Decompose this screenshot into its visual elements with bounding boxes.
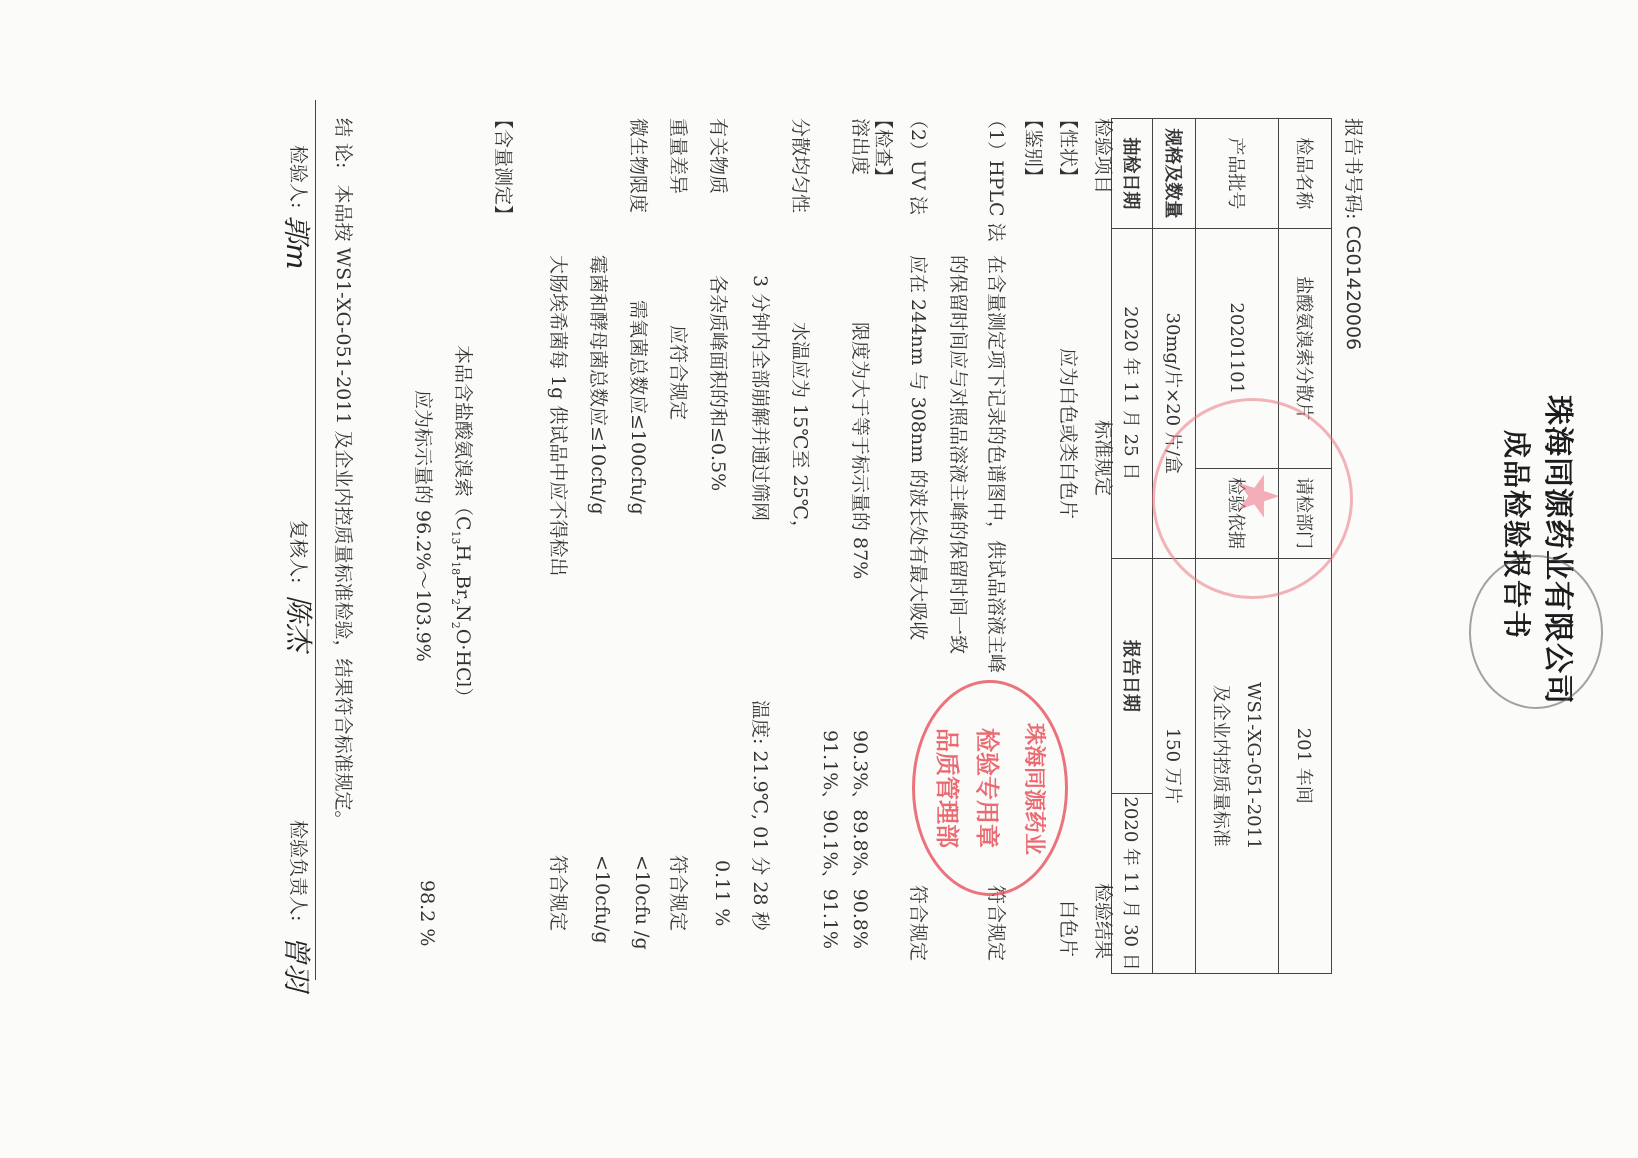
dissolution-item: 溶出度 bbox=[848, 118, 875, 175]
reviewer-signature: 陈杰 bbox=[280, 595, 320, 651]
batch-label: 产品批号 bbox=[1196, 119, 1279, 229]
section-appearance: 【性状】 bbox=[1056, 110, 1083, 186]
quality-dept-seal-line-1: 珠海同源药业 bbox=[1020, 723, 1051, 855]
microbial-item: 微生物限度 bbox=[626, 118, 653, 213]
batch-number: 20201101 bbox=[1196, 228, 1279, 468]
spec-label: 规格及数量 bbox=[1153, 119, 1196, 229]
column-standard: 标准规定 bbox=[1091, 420, 1118, 496]
appearance-result: 白色片 bbox=[1056, 900, 1083, 957]
hplc-standard-1: 在含量测定项下记录的色谱图中，供试品溶液主峰 bbox=[984, 255, 1011, 673]
report-title: 成品检验报告书 bbox=[1498, 430, 1538, 640]
assay-result: 98.2 % bbox=[416, 880, 438, 946]
section-identification: 【鉴别】 bbox=[1021, 110, 1048, 186]
microbial-result-2: <10cfu/g bbox=[591, 855, 613, 944]
appearance-standard: 应为白色或类白色片 bbox=[1056, 348, 1083, 519]
quantity: 150 万片 bbox=[1153, 558, 1196, 973]
column-item: 检验项目 bbox=[1091, 118, 1118, 194]
section-assay: 【含量测定】 bbox=[491, 110, 518, 224]
supervisor-signature: 曾羽 bbox=[278, 935, 318, 991]
section-inspection: 【检查】 bbox=[871, 110, 898, 186]
inspector-label: 检验人: bbox=[286, 145, 313, 208]
report-number-row: 报告书号码: CG01420006 bbox=[1341, 118, 1368, 350]
product-name: 盐酸氨溴索分散片 bbox=[1279, 228, 1332, 468]
dept-label: 请检部门 bbox=[1279, 468, 1332, 558]
supervisor-label: 检验负责人: bbox=[286, 820, 313, 921]
dispersion-standard-2: 3 分钟内全部崩解并通过筛网 bbox=[748, 275, 775, 521]
microbial-standard-3: 大肠埃希菌每 1g 供试品中应不得检出 bbox=[546, 255, 573, 576]
uv-item: （2）UV 法 bbox=[906, 110, 933, 215]
basis: WS1-XG-051-2011 及企业内控质量标准 bbox=[1196, 558, 1279, 973]
column-result: 检验结果 bbox=[1091, 883, 1118, 959]
report-number-label: 报告书号码: bbox=[1342, 118, 1364, 219]
sample-date: 2020 年 11 月 25 日 bbox=[1112, 228, 1153, 558]
report-date-label: 报告日期 bbox=[1112, 558, 1153, 794]
related-substances-item: 有关物质 bbox=[706, 118, 733, 194]
related-substances-standard: 各杂质峰面积的和≤0.5% bbox=[706, 275, 733, 491]
quality-dept-seal-line-2: 检验专用章 bbox=[972, 728, 1007, 848]
dissolution-standard: 限度为大于等于标示量的 87% bbox=[848, 322, 875, 579]
inspector-signature: 郭m bbox=[278, 215, 318, 270]
basis-label: 检验依据 bbox=[1196, 468, 1279, 558]
microbial-standard-2: 霉菌和酵母菌总数应≤10cfu/g bbox=[586, 255, 613, 515]
product-name-label: 检品名称 bbox=[1279, 119, 1332, 229]
assay-standard-1: 本品含盐酸氨溴索（C13H18Br2N2O·HCl） bbox=[449, 345, 478, 707]
assay-standard-2: 应为标示量的 96.2%～103.9% bbox=[411, 390, 438, 662]
microbial-result-3: 符合规定 bbox=[546, 855, 573, 931]
dispersion-result: 温度: 21.9℃, 01 分 28 秒 bbox=[748, 700, 775, 931]
reviewer-label: 复核人: bbox=[286, 520, 313, 583]
hplc-item: （1）HPLC 法 bbox=[984, 110, 1011, 242]
report-number: CG01420006 bbox=[1342, 225, 1364, 350]
uv-result: 符合规定 bbox=[906, 885, 933, 961]
microbial-result-1: <10cfu /g bbox=[631, 855, 653, 950]
weight-variation-result: 符合规定 bbox=[666, 855, 693, 931]
related-substances-result: 0.11 % bbox=[711, 860, 733, 926]
weight-variation-standard: 应符合规定 bbox=[666, 325, 693, 420]
conclusion-label: 结 论: bbox=[332, 118, 354, 168]
weight-variation-item: 重量差异 bbox=[666, 118, 693, 194]
product-info-table: 检品名称 盐酸氨溴索分散片 请检部门 201 车间 产品批号 20201101 … bbox=[1111, 118, 1332, 974]
dept: 201 车间 bbox=[1279, 558, 1332, 973]
conclusion: 结 论: 本品按 WS1-XG-051-2011 及企业内控质量标准检验，结果符… bbox=[331, 118, 358, 829]
dispersion-standard-1: 水温应为 15℃至 25℃， bbox=[788, 322, 815, 539]
quality-dept-seal-line-3: 品质管理部 bbox=[932, 728, 967, 848]
basis-line-1: WS1-XG-051-2011 bbox=[1244, 559, 1265, 973]
uv-standard: 应在 244nm 与 308nm 的波长处有最大吸收 bbox=[906, 255, 933, 640]
hplc-result: 符合规定 bbox=[984, 885, 1011, 961]
microbial-standard-1: 需氧菌总数应≤100cfu/g bbox=[626, 300, 653, 515]
hplc-standard-2: 的保留时间应与对照品溶液主峰的保留时间一致 bbox=[946, 255, 973, 654]
company-name: 珠海同源药业有限公司 bbox=[1539, 395, 1583, 705]
spec: 30mg/片×20 片/盒 bbox=[1153, 228, 1196, 558]
conclusion-text: 本品按 WS1-XG-051-2011 及企业内控质量标准检验，结果符合标准规定… bbox=[332, 185, 354, 830]
dispersion-item: 分散均匀性 bbox=[788, 118, 815, 213]
dissolution-result-1: 90.3%、89.8%、90.8% bbox=[848, 730, 875, 949]
basis-line-2: 及企业内控质量标准 bbox=[1210, 559, 1236, 973]
inspection-report-page: 珠海同源药业有限公司 成品检验报告书 报告书号码: CG01420006 检品名… bbox=[0, 0, 1638, 1158]
quality-dept-seal: 珠海同源药业 检验专用章 品质管理部 bbox=[912, 680, 1068, 896]
dissolution-result-2: 91.1%、90.1%、91.1% bbox=[818, 730, 845, 949]
